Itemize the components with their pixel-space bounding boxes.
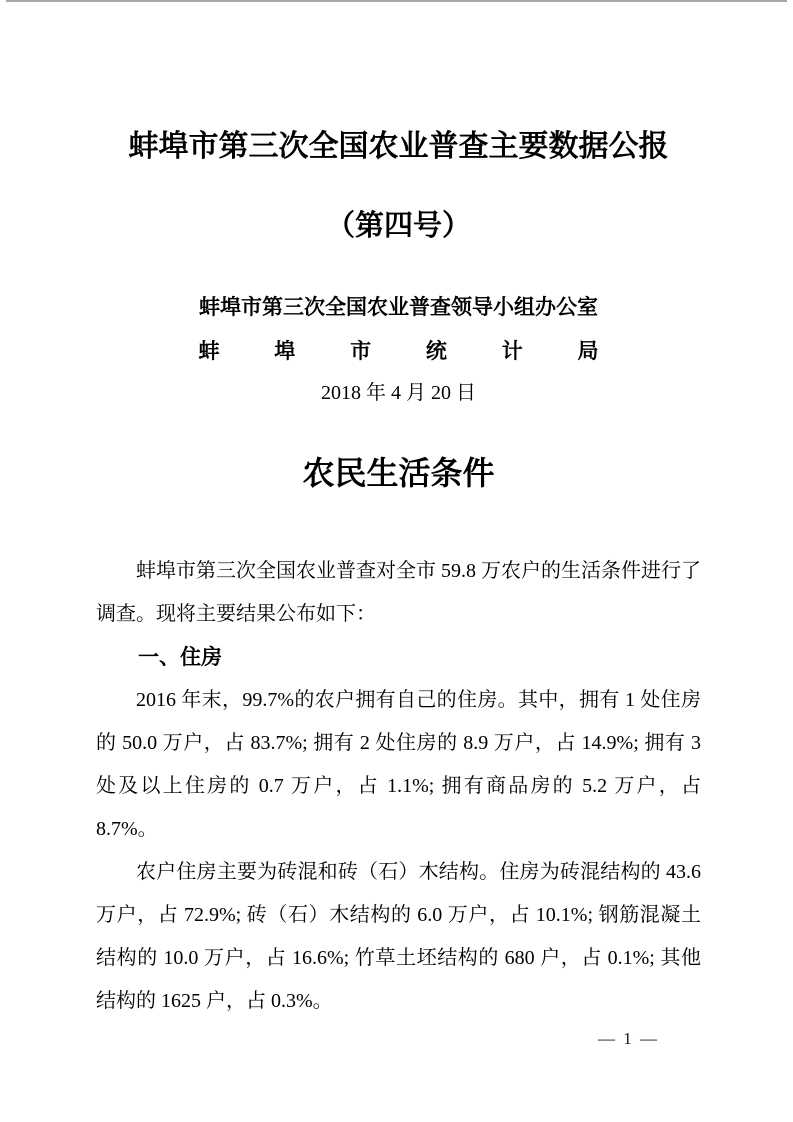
publish-date: 2018 年 4 月 20 日 bbox=[96, 374, 701, 412]
document-title: 蚌埠市第三次全国农业普查主要数据公报 bbox=[96, 128, 701, 166]
section-title: 农民生活条件 bbox=[96, 453, 701, 493]
document-body: 蚌埠市第三次全国农业普查对全市 59.8 万农户的生活条件进行了调查。现将主要结… bbox=[96, 550, 701, 1023]
document-page: 蚌埠市第三次全国农业普查主要数据公报 （第四号） 蚌埠市第三次全国农业普查领导小… bbox=[0, 0, 793, 1122]
issuer-office-line: 蚌埠市第三次全国农业普查领导小组办公室 bbox=[199, 286, 599, 330]
paragraph-housing-ownership: 2016 年末，99.7%的农户拥有自己的住房。其中，拥有 1 处住房的 50.… bbox=[96, 679, 701, 851]
page-number: — 1 — bbox=[96, 1027, 701, 1051]
paragraph-housing-structure: 农户住房主要为砖混和砖（石）木结构。住房为砖混结构的 43.6 万户，占 72.… bbox=[96, 851, 701, 1023]
scan-edge-artifact bbox=[6, 0, 787, 2]
paragraph-intro: 蚌埠市第三次全国农业普查对全市 59.8 万农户的生活条件进行了调查。现将主要结… bbox=[96, 550, 701, 636]
document-subtitle: （第四号） bbox=[96, 208, 701, 244]
subsection-heading-housing: 一、住房 bbox=[96, 636, 701, 679]
issuer-bureau-line: 蚌埠市统计局 bbox=[199, 330, 599, 374]
issuer-block: 蚌埠市第三次全国农业普查领导小组办公室 蚌埠市统计局 bbox=[199, 286, 599, 374]
